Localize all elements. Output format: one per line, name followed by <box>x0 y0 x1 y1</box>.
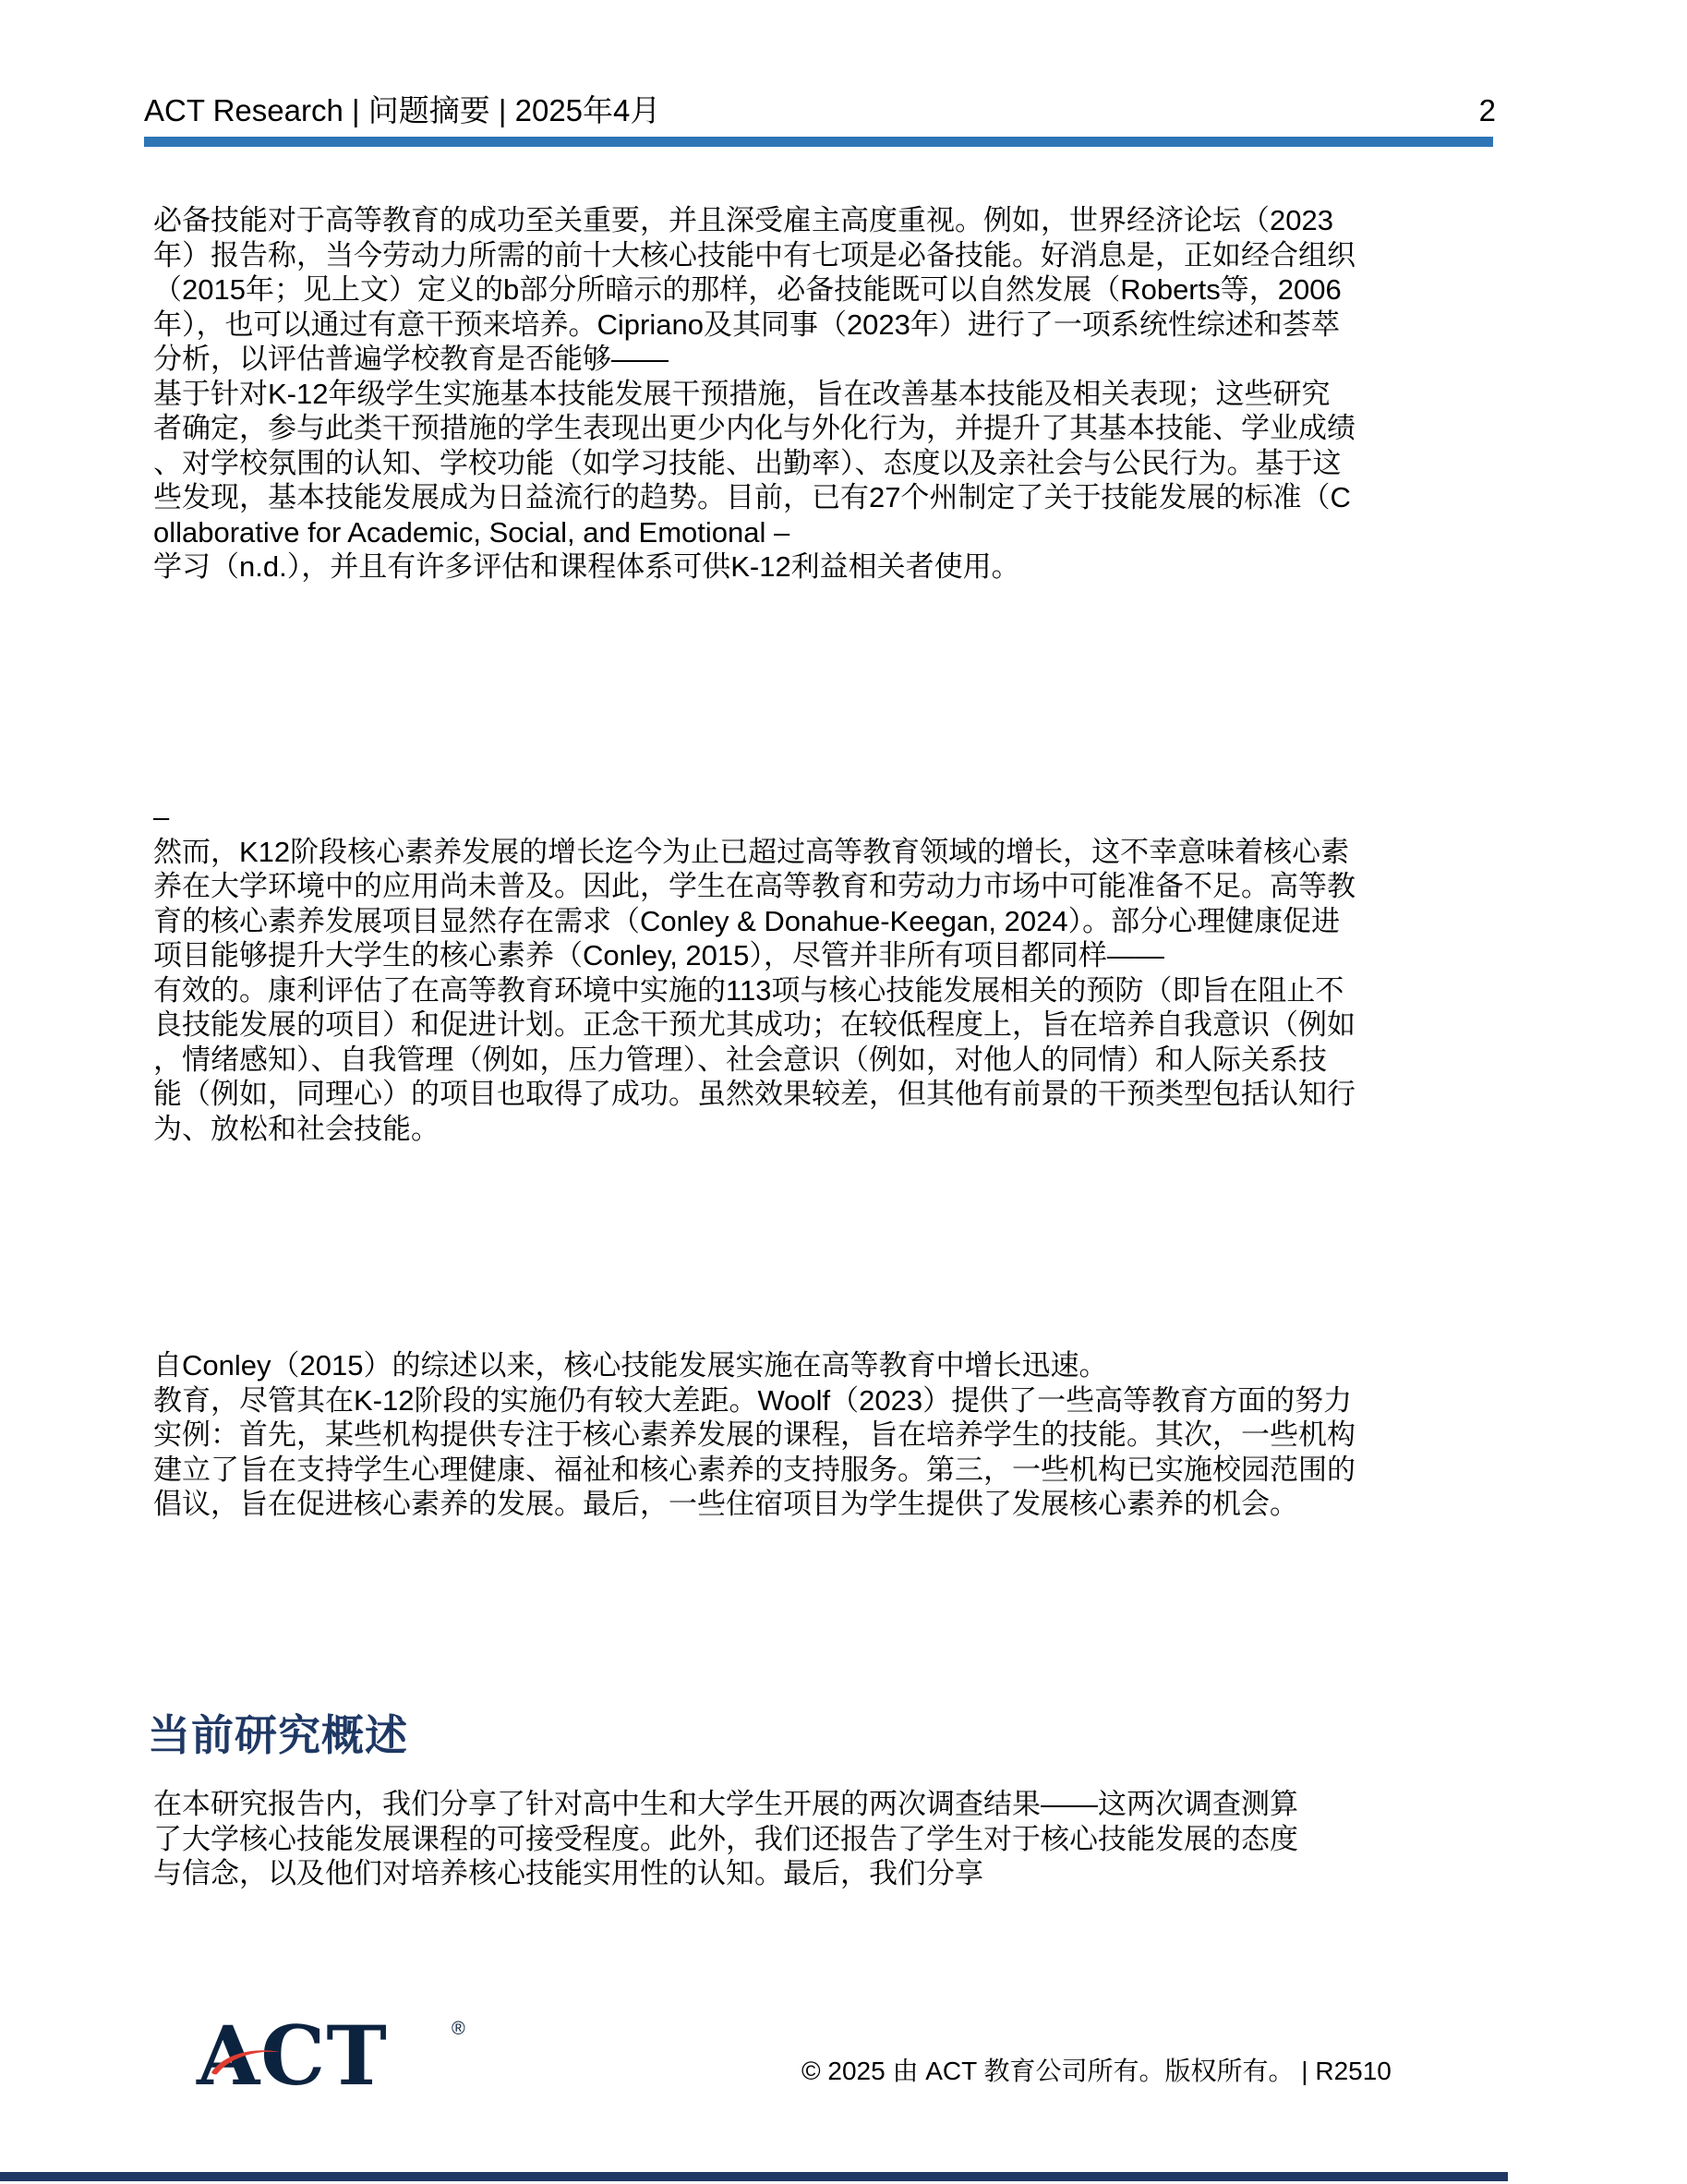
footer-rule <box>0 2172 1508 2181</box>
footer-copyright: © 2025 由 ACT 教育公司所有。版权所有。 | R2510 <box>801 2056 1392 2087</box>
registered-trademark-icon: ® <box>452 2019 465 2040</box>
act-logo-swoosh-icon <box>210 2046 282 2076</box>
page-number: 2 <box>1440 92 1496 129</box>
paragraph-study-overview: 在本研究报告内，我们分享了针对高中生和大学生开展的两次调查结果——这两次调查测算… <box>153 1787 1501 1891</box>
header-rule <box>144 137 1493 147</box>
section-heading-current-study: 当前研究概述 <box>148 1702 408 1763</box>
paragraph-k12-growth: – 然而，K12阶段核心素养发展的增长迄今为止已超过高等教育领域的增长，这不幸意… <box>153 800 1580 1146</box>
act-logo: ACT ® <box>197 2019 474 2102</box>
paragraph-essential-skills: 必备技能对于高等教育的成功至关重要，并且深受雇主高度重视。例如，世界经济论坛（2… <box>153 203 1580 585</box>
document-page: ACT Research | 问题摘要 | 2025年4月 2 必备技能对于高等… <box>0 0 1687 2184</box>
header-running-title: ACT Research | 问题摘要 | 2025年4月 <box>144 92 660 129</box>
paragraph-conley-review: 自Conley（2015）的综述以来，核心技能发展实施在高等教育中增长迅速。 教… <box>153 1348 1580 1522</box>
